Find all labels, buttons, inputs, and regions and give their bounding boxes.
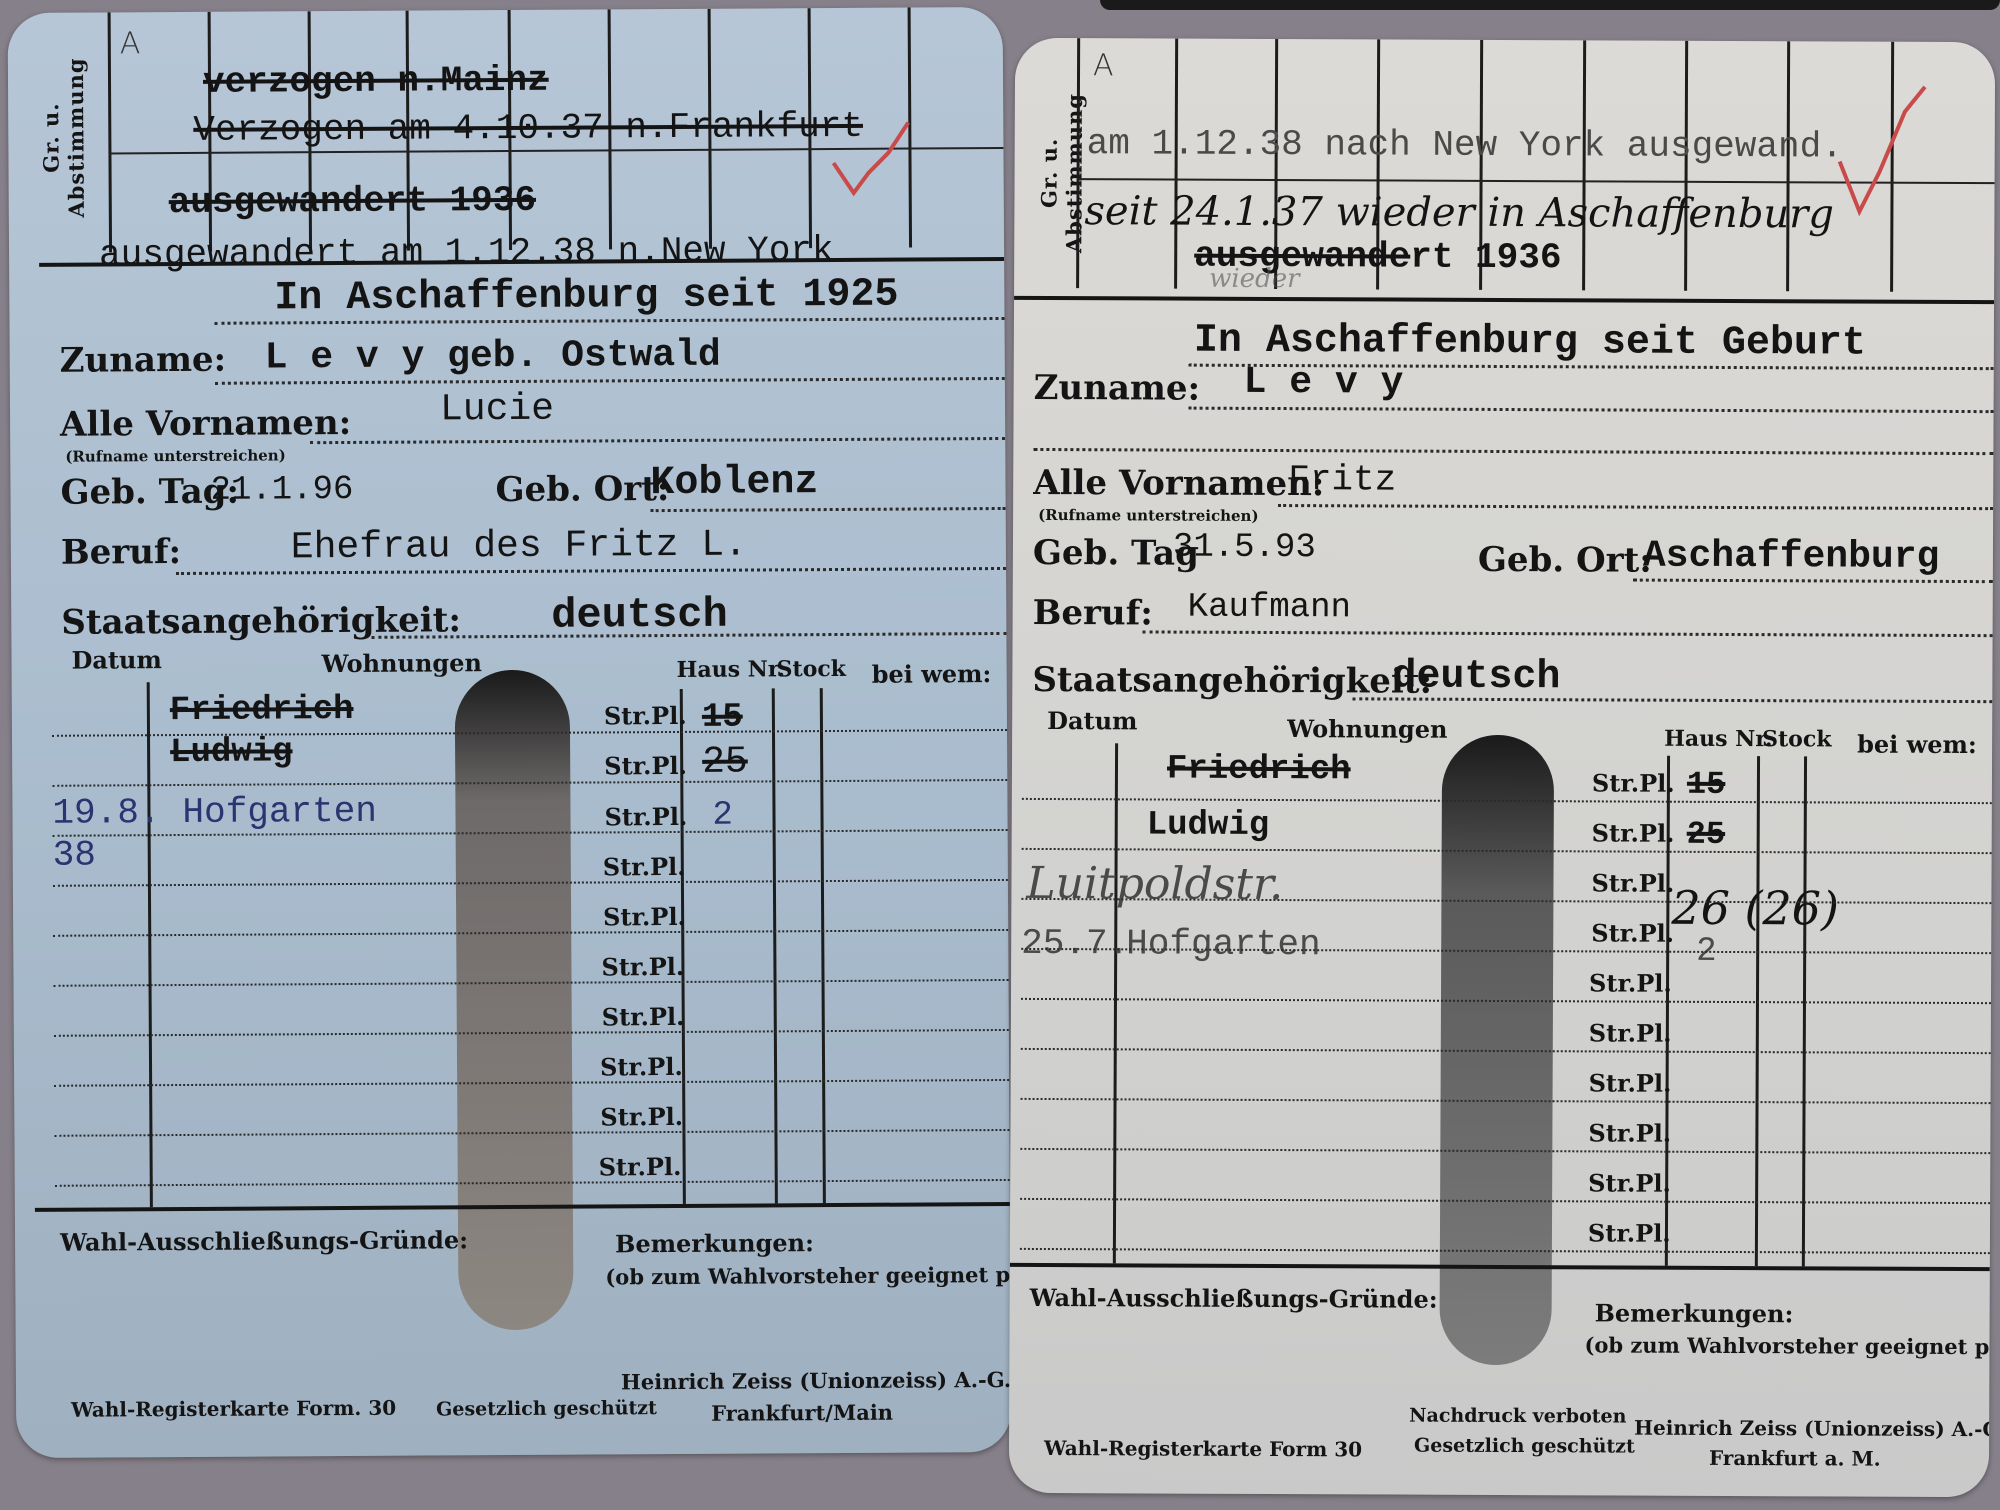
header-line-struck: ausgewandert 1936 xyxy=(169,180,537,223)
registration-card-lucie-levy: Gr. u. Abstimmung A verzogen n.Mainz Ver… xyxy=(8,7,1012,1458)
card-header-grid: Gr. u. Abstimmung A verzogen n.Mainz Ver… xyxy=(8,7,1004,253)
grid-line xyxy=(108,12,112,252)
street-label: Str.Pl. xyxy=(1589,1018,1672,1047)
dotted-line xyxy=(1352,697,1992,703)
street-label: Str.Pl. xyxy=(604,701,687,731)
col-header-stock: Stock xyxy=(1762,726,1831,752)
staat-value: deutsch xyxy=(551,591,728,640)
col-header-beiwem: bei wem: xyxy=(1857,730,1977,760)
street-label: Str.Pl. xyxy=(604,802,687,832)
remarks-hint: (ob zum Wahlvorsteher geeignet p. p.) xyxy=(605,1262,1011,1290)
col-divider xyxy=(147,682,153,1207)
protected-label: Gesetzlich geschützt xyxy=(436,1397,657,1420)
publisher-line2: Frankfurt/Main xyxy=(711,1400,893,1426)
red-check-mark-icon xyxy=(828,117,919,208)
gebtag-value: 31.5.93 xyxy=(1173,529,1316,568)
publisher-line2: Frankfurt a. M. xyxy=(1709,1446,1881,1471)
header-bottom-rule xyxy=(1014,296,1994,304)
street-label: Str.Pl. xyxy=(1589,968,1672,997)
zuname-label: Zuname: xyxy=(1034,368,1201,409)
remarks-label: Bemerkungen: xyxy=(1595,1298,1794,1328)
top-edge-shadow xyxy=(1100,0,2000,10)
street-label: Str.Pl. xyxy=(604,751,687,781)
table-wohnung: Ludwig xyxy=(170,733,293,772)
table-wohnung-handwritten: Luitpoldstr. xyxy=(1026,858,1283,910)
street-label: Str.Pl. xyxy=(602,1002,685,1032)
street-label: Str.Pl. xyxy=(1588,1118,1671,1147)
beruf-label: Beruf: xyxy=(61,532,181,573)
table-wohnung: Hofgarten xyxy=(182,791,377,833)
form-label: Wahl-Registerkarte Form 30 xyxy=(1044,1436,1362,1461)
zuname-value: L e v y geb. Ostwald xyxy=(265,334,721,380)
exclusion-label: Wahl-Ausschließungs-Gründe: xyxy=(1030,1283,1438,1314)
dotted-line xyxy=(1278,504,1993,510)
col-header-hausnr: Haus Nr. xyxy=(677,656,786,683)
header-line-struck: verzogen n.Mainz xyxy=(203,60,549,103)
gebort-label: Geb. Ort: xyxy=(495,469,669,510)
table-wohnung: Friedrich xyxy=(1167,751,1351,790)
zuname-label: Zuname: xyxy=(60,340,227,381)
vornamen-value: Fritz xyxy=(1288,459,1396,500)
table-hausnr-handwritten: 26 (26) xyxy=(1671,881,1839,936)
vornamen-hint: (Rufname unterstreichen) xyxy=(1038,506,1259,525)
col-header-stock: Stock xyxy=(777,656,847,682)
street-label: Str.Pl. xyxy=(600,1052,683,1082)
col-header-beiwem: bei wem: xyxy=(872,659,992,689)
staat-value: deutsch xyxy=(1392,655,1560,701)
gebort-label: Geb. Ort: xyxy=(1478,540,1652,581)
street-label: Str.Pl. xyxy=(600,1102,683,1132)
gebort-value: Koblenz xyxy=(650,460,818,506)
table-datum: 38 xyxy=(53,835,96,876)
side-label: Gr. u. Abstimmung xyxy=(38,33,79,243)
dotted-line xyxy=(1143,630,1993,637)
beruf-value: Kaufmann xyxy=(1188,589,1351,628)
dotted-line xyxy=(310,437,1005,444)
table-hausnr: 25 xyxy=(1687,816,1726,853)
residence-since: In Aschaffenburg seit Geburt xyxy=(1194,319,1866,367)
col-divider xyxy=(1113,743,1118,1263)
handwritten-note: seit 24.1.37 wieder in Aschaffenburg xyxy=(1084,188,1834,237)
faint-handwritten-note: wieder xyxy=(1209,264,1300,294)
street-label: Str.Pl. xyxy=(1591,868,1674,897)
red-check-mark-icon xyxy=(1834,81,1935,261)
remarks-hint: (ob zum Wahlvorsteher geeignet p. p.) xyxy=(1584,1332,1995,1359)
vornamen-label: Alle Vornamen: xyxy=(1033,463,1324,504)
reprint-notice: Nachdruck verboten xyxy=(1409,1405,1626,1428)
table-datum: 25.7. xyxy=(1021,923,1129,964)
header-line-emigrated: ausgewandert am 1.12.38 n.New York xyxy=(99,230,834,275)
table-wohnung: Friedrich xyxy=(170,691,354,730)
registration-card-fritz-levy: Gr. u. Abstimmung A am 1.12.38 nach New … xyxy=(1009,38,1995,1497)
publisher-line1: Heinrich Zeiss (Unionzeiss) A.-G. xyxy=(1634,1416,1995,1442)
form-label: Wahl-Registerkarte Form. 30 xyxy=(71,1396,396,1422)
vornamen-value: Lucie xyxy=(440,388,554,432)
col-header-wohnungen: Wohnungen xyxy=(1287,714,1447,744)
col-divider xyxy=(772,688,778,1203)
col-header-wohnungen: Wohnungen xyxy=(321,648,481,678)
table-wohnung: Ludwig xyxy=(1147,806,1270,845)
table-wohnung: Hofgarten xyxy=(1126,923,1321,965)
dotted-line xyxy=(1033,448,1993,455)
table-hausnr: 2 xyxy=(712,797,733,835)
street-label: Str.Pl. xyxy=(1592,818,1675,847)
publisher-line1: Heinrich Zeiss (Unionzeiss) A.-G. xyxy=(621,1367,1011,1394)
street-label: Str.Pl. xyxy=(603,902,686,932)
corner-mark: A xyxy=(120,26,141,61)
col-divider xyxy=(820,688,826,1203)
street-label: Str.Pl. xyxy=(1591,918,1674,947)
gebtag-value: 21.1.96 xyxy=(210,471,353,510)
col-header-datum: Datum xyxy=(1047,706,1137,735)
corner-mark: A xyxy=(1093,48,1114,83)
exclusion-label: Wahl-Ausschließungs-Gründe: xyxy=(60,1225,468,1256)
table-hausnr: 15 xyxy=(1687,766,1726,803)
beruf-value: Ehefrau des Fritz L. xyxy=(291,524,747,570)
street-label: Str.Pl. xyxy=(1592,768,1675,797)
beruf-label: Beruf: xyxy=(1033,593,1153,634)
street-label: Str.Pl. xyxy=(1588,1218,1671,1247)
col-header-hausnr: Haus Nr. xyxy=(1664,726,1773,752)
street-label: Str.Pl. xyxy=(601,952,684,982)
header-line-struck: Verzogen am 4.10.37 n.Frankfurt xyxy=(193,106,863,151)
street-label: Str.Pl. xyxy=(1589,1068,1672,1097)
col-header-datum: Datum xyxy=(71,645,161,675)
protected-label: Gesetzlich geschützt xyxy=(1414,1435,1635,1458)
header-line-emigrated: am 1.12.38 nach New York ausgewand. xyxy=(1087,123,1843,167)
table-hausnr: 25 xyxy=(702,741,748,784)
dotted-line xyxy=(651,507,1006,512)
dotted-line xyxy=(1189,407,1994,414)
street-label: Str.Pl. xyxy=(1588,1168,1671,1197)
col-divider xyxy=(1802,756,1807,1266)
gebort-value: Aschaffenburg xyxy=(1643,535,1940,579)
street-label: Str.Pl. xyxy=(599,1152,682,1182)
col-divider xyxy=(1755,756,1760,1266)
remarks-label: Bemerkungen: xyxy=(615,1228,814,1258)
vornamen-label: Alle Vornamen: xyxy=(60,403,351,445)
card-header-grid: Gr. u. Abstimmung A am 1.12.38 nach New … xyxy=(1014,38,1995,282)
residence-since: In Aschaffenburg seit 1925 xyxy=(274,273,898,322)
side-label: Gr. u. Abstimmung xyxy=(1036,68,1077,278)
zuname-value: L e v y xyxy=(1244,361,1404,405)
table-datum: 19.8. xyxy=(52,792,160,834)
staat-label: Staatsangehörigkeit: xyxy=(1032,660,1432,702)
vornamen-hint: (Rufname unterstreichen) xyxy=(65,446,286,465)
street-label: Str.Pl. xyxy=(603,852,686,882)
dotted-line xyxy=(1633,579,1993,584)
card-slot-hole xyxy=(455,670,574,1331)
